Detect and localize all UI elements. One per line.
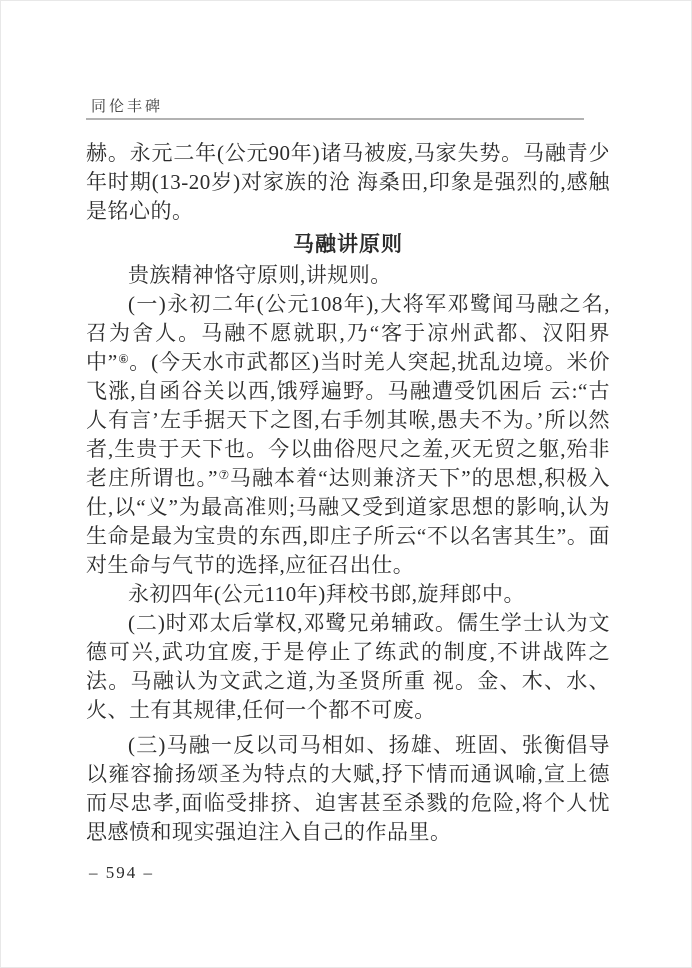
- paragraph-item-three: (三)马融一反以司马相如、扬雄、班固、张衡倡导以雍容揄扬颂圣为特点的大赋,抒下情…: [86, 731, 610, 847]
- paragraph-item-two: (二)时邓太后掌权,邓鹭兄弟辅政。儒生学士认为文德可兴,武功宜废,于是停止了练武…: [86, 609, 610, 725]
- paragraph-item-one: (一)永初二年(公元108年),大将军邓鹭闻马融之名,召为舍人。马融不愿就职,乃…: [86, 290, 610, 580]
- paragraph-intro-continuation: 赫。永元二年(公元90年)诸马被废,马家失势。马融青少年时期(13-20岁)对家…: [86, 139, 610, 226]
- footnote-ref-7: ⑦: [218, 468, 230, 482]
- section-heading: 马融讲原则: [86, 230, 610, 259]
- footnote-ref-6: ⑥: [118, 352, 130, 366]
- book-page: 同伦丰碑 赫。永元二年(公元90年)诸马被废,马家失势。马融青少年时期(13-2…: [0, 0, 692, 968]
- page-number: – 594 –: [89, 863, 154, 883]
- paragraph-appointment: 永初四年(公元110年)拜校书郎,旋拜郎中。: [86, 580, 610, 609]
- page-body: 赫。永元二年(公元90年)诸马被废,马家失势。马融青少年时期(13-20岁)对家…: [86, 139, 610, 847]
- paragraph-principle: 贵族精神恪守原则,讲规则。: [86, 261, 610, 290]
- header-rule: [86, 118, 584, 120]
- running-header: 同伦丰碑: [91, 95, 163, 116]
